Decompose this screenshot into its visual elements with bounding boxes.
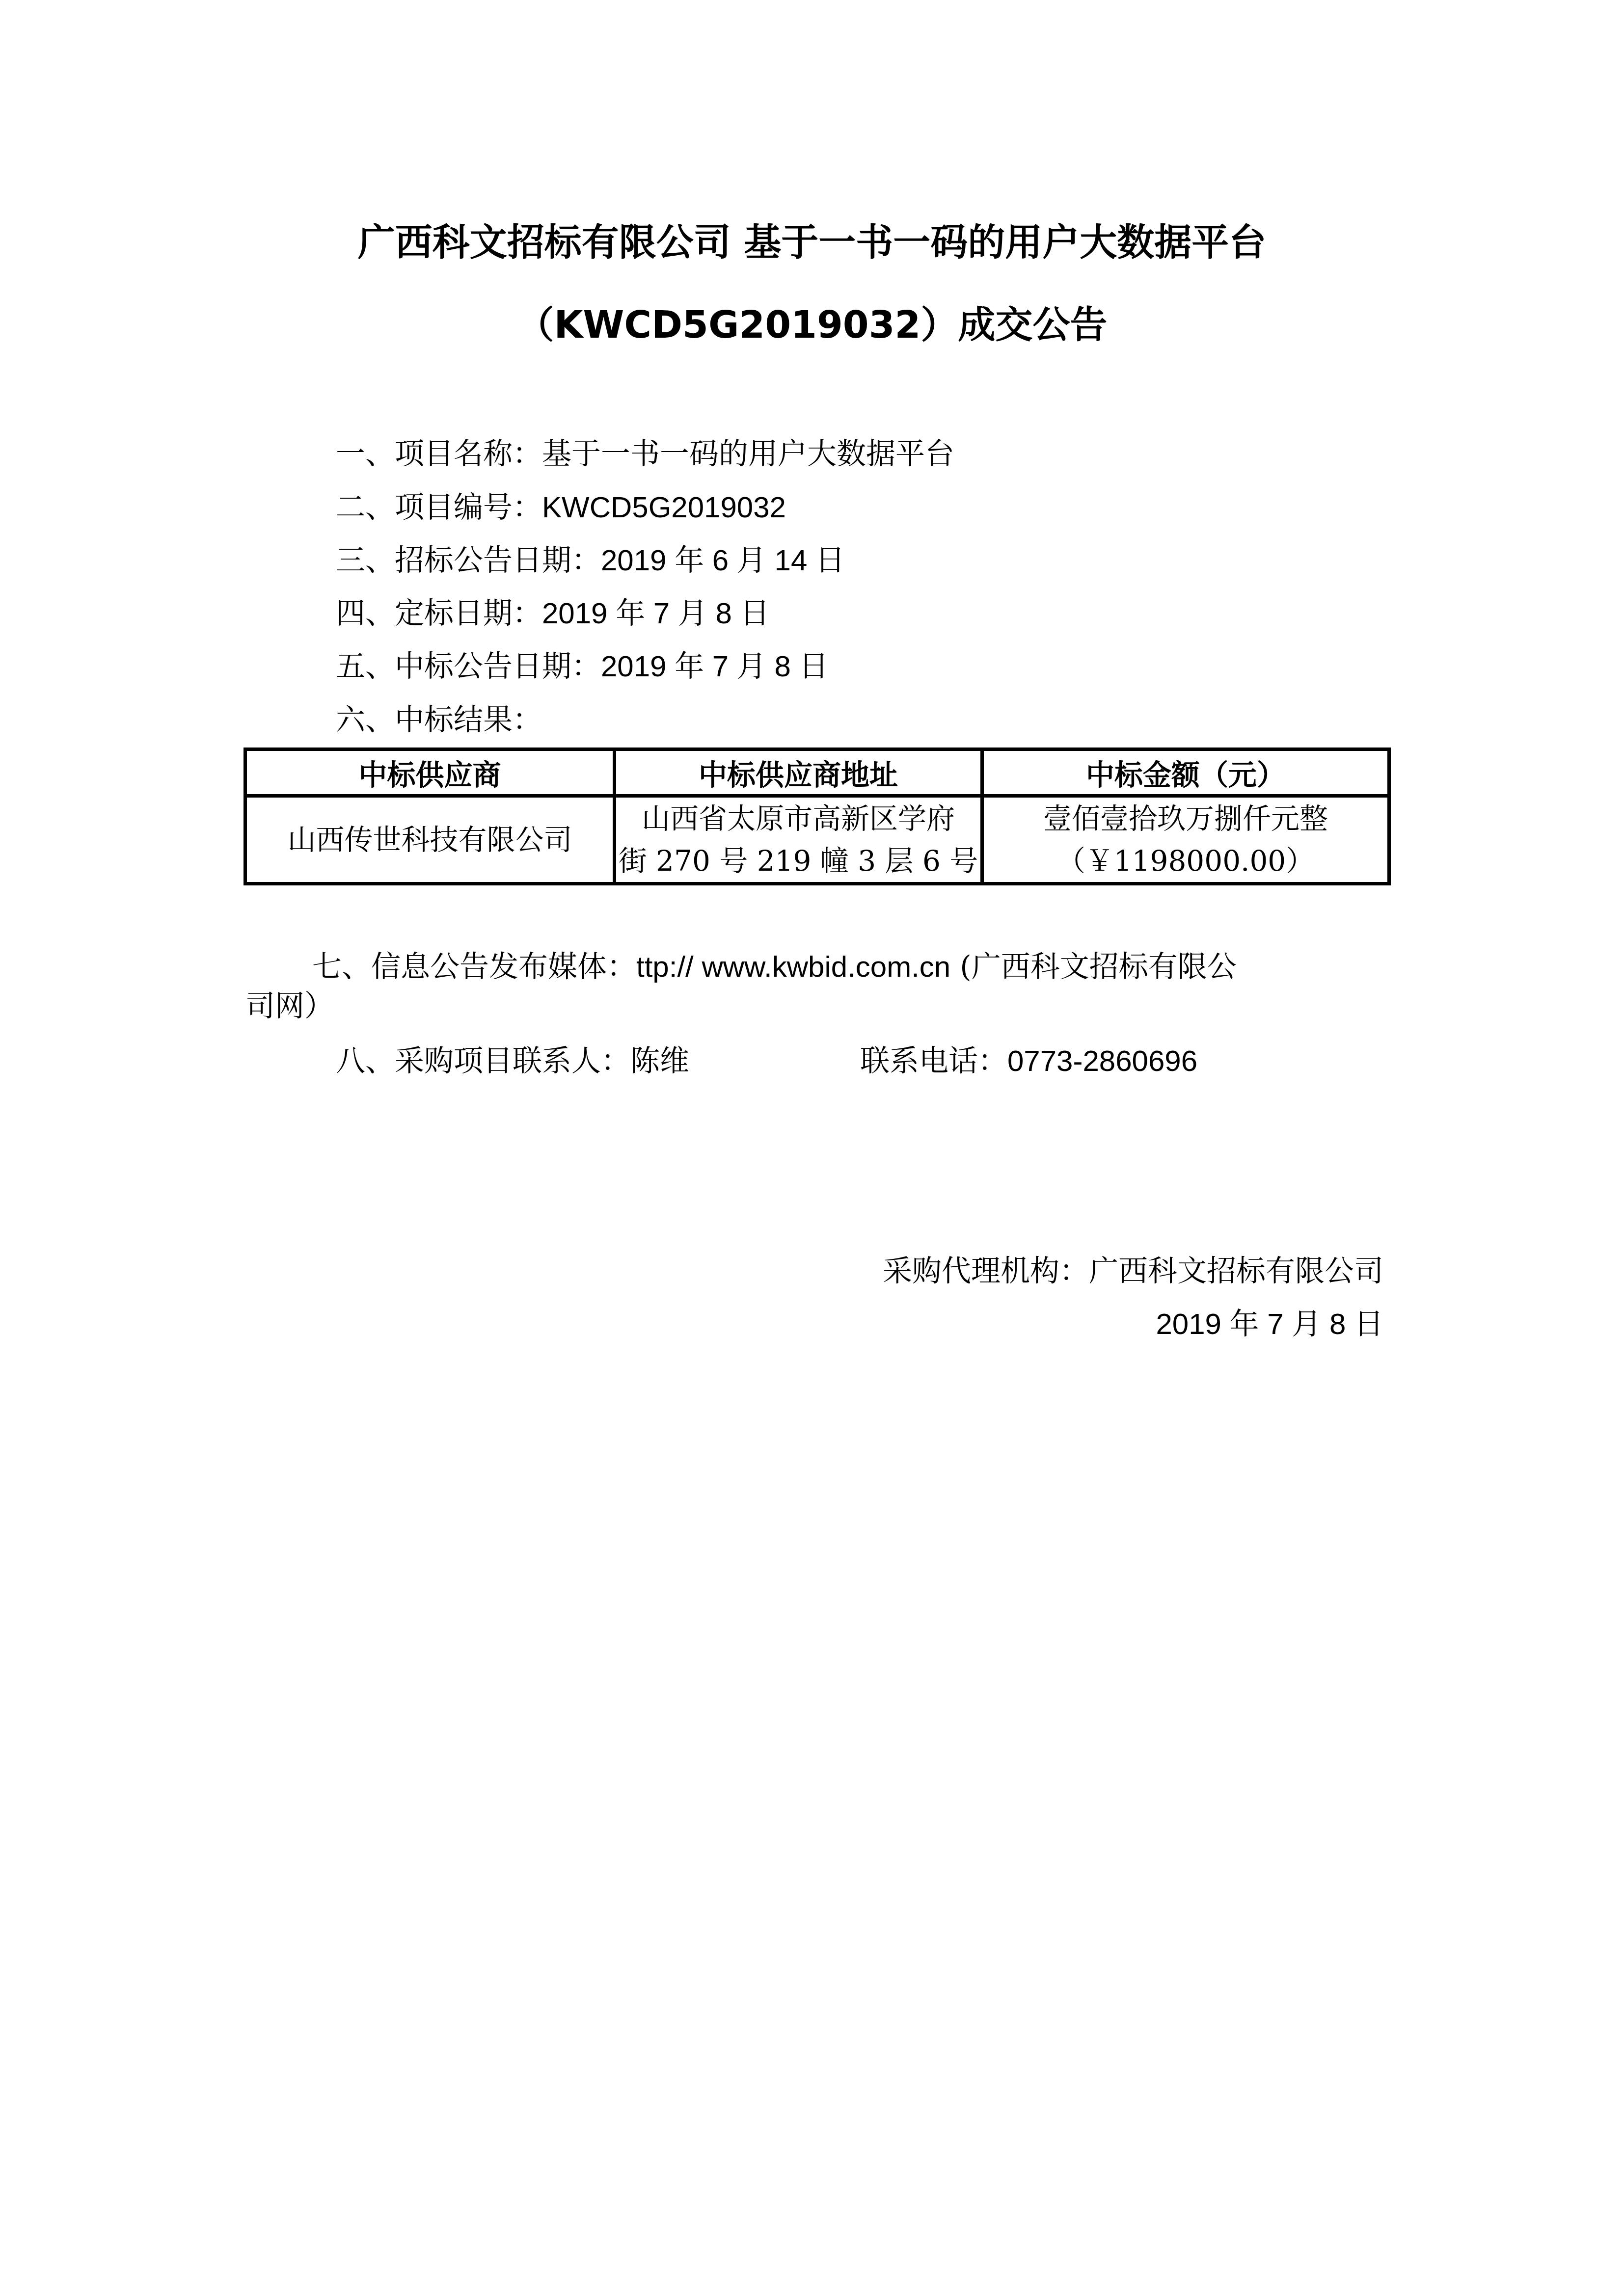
- cell-amount: 壹佰壹拾玖万捌仟元整 （￥1198000.00）: [982, 796, 1389, 884]
- item-media: 七、信息公告发布媒体：ttp:// www.kwbid.com.cn (广西科文…: [312, 952, 1237, 982]
- address-line1: 山西省太原市高新区学府: [618, 798, 978, 840]
- item-project-name: 一、项目名称：基于一书一码的用户大数据平台: [336, 439, 954, 469]
- media-suffix-line1: (广西科文招标有限公: [950, 950, 1236, 984]
- document-title-line2: （KWCD5G2019032）成交公告: [0, 306, 1624, 344]
- contact-phone-line: 联系电话：0773-2860696: [860, 1046, 1197, 1076]
- item-contact: 八、采购项目联系人：陈维: [336, 1046, 689, 1076]
- contact-label: 八、采购项目联系人：: [336, 1044, 630, 1078]
- project-name-value: 基于一书一码的用户大数据平台: [542, 437, 954, 471]
- item-result: 六、中标结果：: [336, 705, 542, 735]
- phone-label: 联系电话：: [860, 1044, 1007, 1078]
- project-no-value: KWCD5G2019032: [542, 491, 786, 524]
- table-row: 山西传世科技有限公司 山西省太原市高新区学府 街 270 号 219 幢 3 层…: [245, 796, 1389, 884]
- signature-agency: 采购代理机构：广西科文招标有限公司: [883, 1256, 1383, 1286]
- amount-words: 壹佰壹拾玖万捌仟元整: [986, 798, 1385, 840]
- document-title-line1: 广西科文招标有限公司 基于一书一码的用户大数据平台: [0, 224, 1624, 261]
- project-name-label: 一、项目名称：: [336, 437, 542, 471]
- media-suffix-line2: 司网）: [245, 991, 334, 1021]
- signature-date: 2019 年 7 月 8 日: [1156, 1309, 1383, 1339]
- award-date-label: 四、定标日期：: [336, 596, 542, 631]
- tender-date-value: 2019 年 6 月 14 日: [601, 544, 845, 577]
- result-label: 六、中标结果：: [336, 703, 542, 737]
- award-date-value: 2019 年 7 月 8 日: [542, 597, 770, 630]
- award-notice-date-value: 2019 年 7 月 8 日: [601, 650, 829, 683]
- project-no-label: 二、项目编号：: [336, 490, 542, 525]
- header-amount: 中标金额（元）: [982, 749, 1389, 796]
- award-notice-date-label: 五、中标公告日期：: [336, 649, 601, 684]
- header-address: 中标供应商地址: [615, 749, 982, 796]
- item-project-no: 二、项目编号：KWCD5G2019032: [336, 493, 786, 522]
- contact-phone: 0773-2860696: [1007, 1044, 1197, 1077]
- item-award-notice-date: 五、中标公告日期：2019 年 7 月 8 日: [336, 652, 829, 681]
- cell-address: 山西省太原市高新区学府 街 270 号 219 幢 3 层 6 号: [615, 796, 982, 884]
- table-header-row: 中标供应商 中标供应商地址 中标金额（元）: [245, 749, 1389, 796]
- address-line2: 街 270 号 219 幢 3 层 6 号: [618, 840, 978, 882]
- header-supplier: 中标供应商: [245, 749, 615, 796]
- cell-supplier: 山西传世科技有限公司: [245, 796, 615, 884]
- tender-date-label: 三、招标公告日期：: [336, 543, 601, 578]
- media-url[interactable]: ttp:// www.kwbid.com.cn: [636, 950, 950, 983]
- item-tender-date: 三、招标公告日期：2019 年 6 月 14 日: [336, 546, 845, 575]
- amount-number: （￥1198000.00）: [986, 840, 1385, 882]
- item-award-date: 四、定标日期：2019 年 7 月 8 日: [336, 599, 770, 628]
- award-result-table: 中标供应商 中标供应商地址 中标金额（元） 山西传世科技有限公司 山西省太原市高…: [244, 748, 1391, 885]
- contact-name: 陈维: [630, 1044, 689, 1078]
- media-label: 七、信息公告发布媒体：: [312, 950, 636, 984]
